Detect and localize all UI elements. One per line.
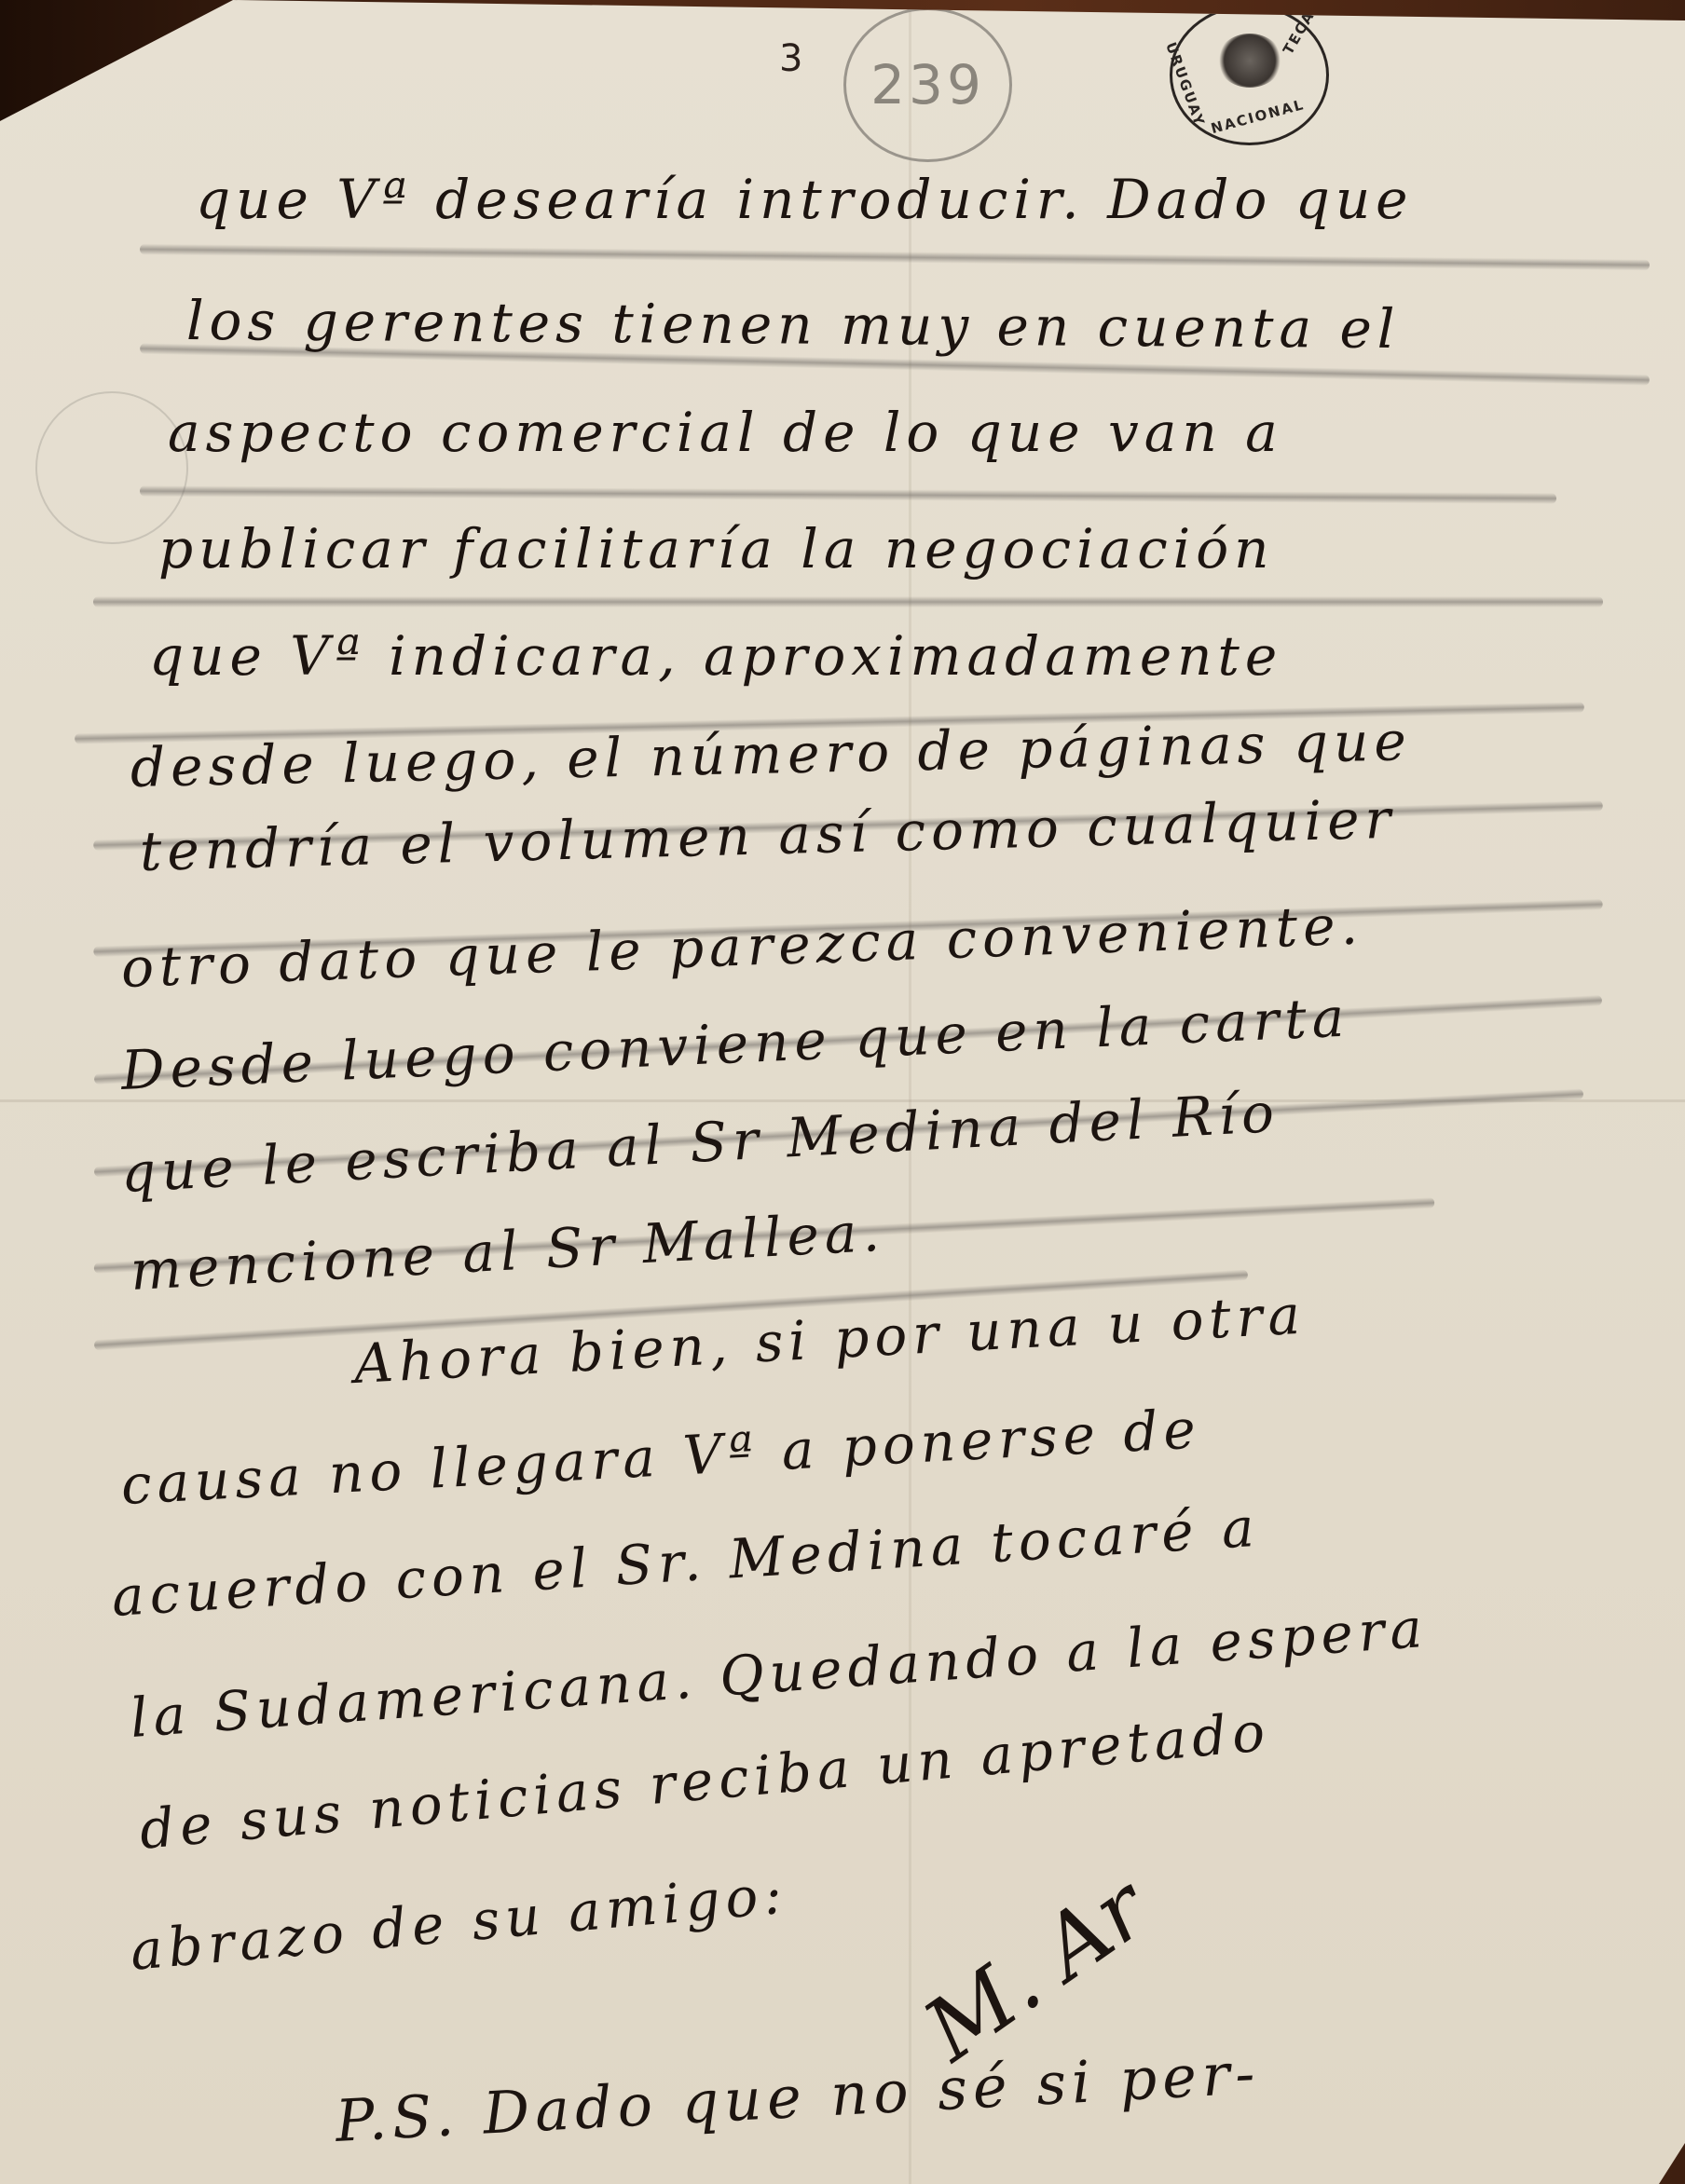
pencil-underline — [140, 485, 1556, 504]
stamp-text-left: URUGUAY — [1162, 40, 1208, 129]
coat-of-arms-icon — [1217, 34, 1282, 88]
library-stamp-icon: URUGUAY NACIONAL TECA — [1170, 5, 1329, 145]
letter-line: causa no llegara Vª a ponerse de — [119, 1397, 1202, 1517]
letter-line: que Vª desearía introducir. Dado que — [196, 168, 1414, 231]
page-number: 3 — [779, 37, 802, 80]
pencil-underline — [140, 244, 1650, 271]
letter-line: aspecto comercial de lo que van a — [168, 401, 1283, 464]
letter-line: otro dato que le parezca conveniente. — [120, 893, 1364, 999]
letter-line: publicar facilitaría la negociación — [158, 517, 1275, 580]
postscript-line: P.S. Dado que no sé si per- — [334, 2039, 1262, 2155]
letter-page: 3 239 URUGUAY NACIONAL TECA que Vª desea… — [0, 0, 1685, 2184]
pencil-underline — [93, 596, 1603, 607]
letter-line: mencione al Sr Mallea. — [129, 1200, 886, 1303]
letter-line: los gerentes tienen muy en cuenta el — [186, 289, 1401, 361]
folio-number: 239 — [870, 53, 985, 116]
letter-line: abrazo de su amigo: — [128, 1863, 789, 1983]
letter-line: desde luego, el número de páginas que — [130, 709, 1412, 799]
letter-line: acuerdo con el Sr. Medina tocaré a — [110, 1495, 1261, 1629]
stamp-text-bottom: NACIONAL — [1209, 96, 1306, 137]
stamp-text-top: TECA — [1280, 7, 1318, 57]
letter-line: Desde luego conviene que en la carta — [120, 985, 1351, 1101]
letter-line: tendría el volumen así como cualquier — [139, 787, 1397, 883]
letter-line: que Vª indicara, aproximadamente — [149, 624, 1282, 688]
folio-circle: 239 — [843, 7, 1012, 162]
